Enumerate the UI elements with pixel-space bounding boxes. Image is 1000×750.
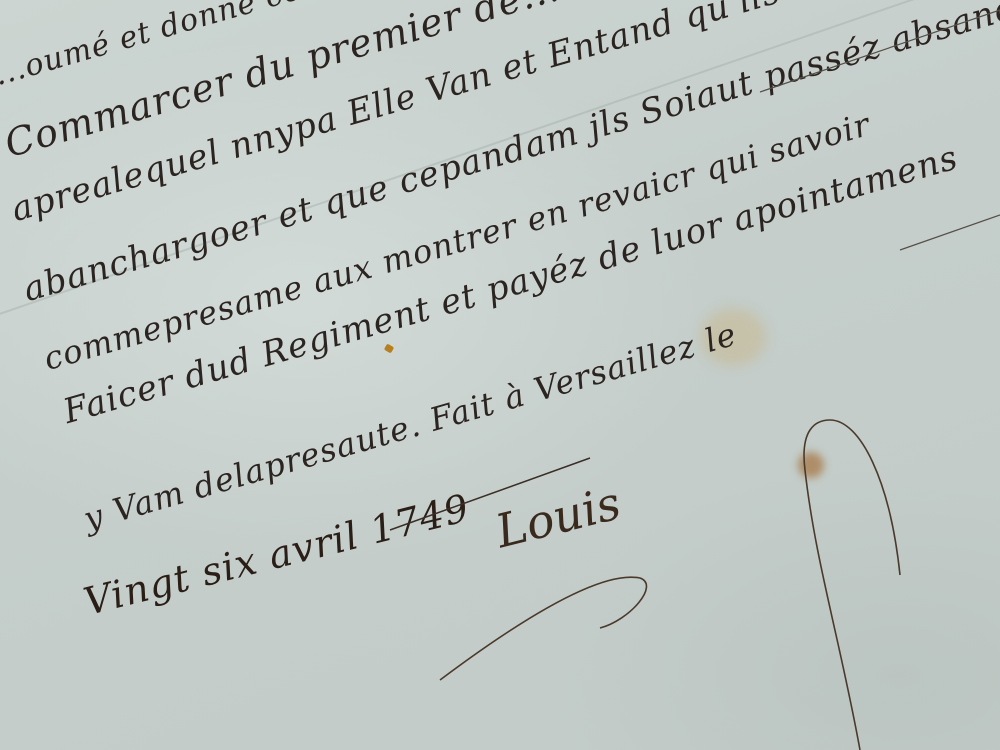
paraph-hook bbox=[804, 420, 900, 750]
date-underline bbox=[390, 458, 590, 530]
signature-flourish bbox=[440, 577, 646, 680]
pen-flourishes bbox=[0, 0, 1000, 750]
ruled-line bbox=[760, 10, 1000, 92]
ruled-line-2 bbox=[900, 215, 1000, 250]
